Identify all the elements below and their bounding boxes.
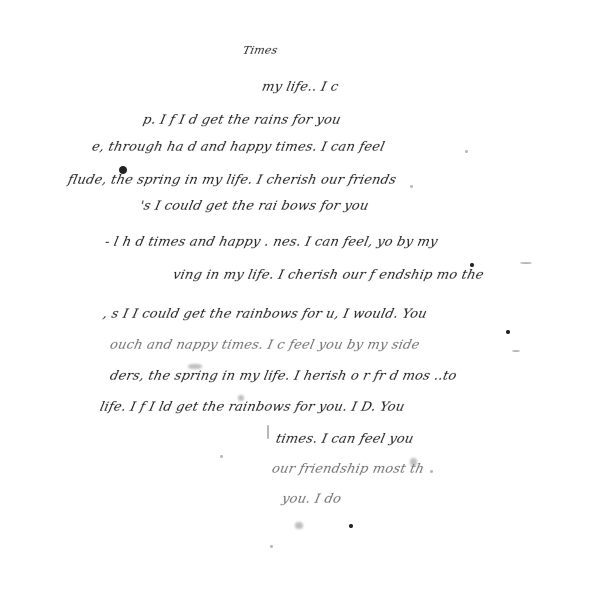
ink-speck [410,185,413,188]
script-line-7: - l h d times and happy . nes. I can fee… [103,235,439,250]
ink-blot [470,263,474,267]
script-line-6: 's I could get the rai bows for you [138,199,370,214]
script-line-4: e, through ha d and happy times. I can f… [90,140,386,155]
script-line-10: ouch and nappy times. I c feel you by my… [108,338,421,353]
script-line-5: flude, the spring in my life. I cherish … [66,173,397,188]
ink-blot [349,524,353,528]
script-line-14: our friendship most th [270,462,425,477]
script-line-8: ving in my life. I cherish our f endship… [171,268,485,283]
script-line-1: Times [242,44,279,57]
ink-smudge [410,458,417,466]
ink-speck [270,545,273,548]
script-line-9: , s I I could get the rainbows for u, I … [101,307,428,322]
ink-speck [220,455,223,458]
script-line-12: life. I f I ld get the rainbows for you.… [98,400,405,415]
script-line-2: my life.. I c [260,80,339,95]
ink-blot [119,166,127,174]
ink-smudge [188,364,202,369]
ink-smudge [295,522,303,529]
script-line-15: you. I do [280,492,342,507]
ink-speck [430,470,433,473]
script-line-11: ders, the spring in my life. I herish o … [108,369,458,384]
ink-smudge [238,395,244,401]
script-line-3: p. I f I d get the rains for you [141,113,342,128]
ink-blot [506,330,510,334]
ink-speck [465,150,468,153]
script-texture-artwork: Times my life.. I c p. I f I d get the r… [0,0,600,600]
ink-speck [520,262,532,264]
ink-speck [267,425,269,439]
ink-speck [512,350,520,352]
script-line-13: times. I can feel you [274,432,415,447]
